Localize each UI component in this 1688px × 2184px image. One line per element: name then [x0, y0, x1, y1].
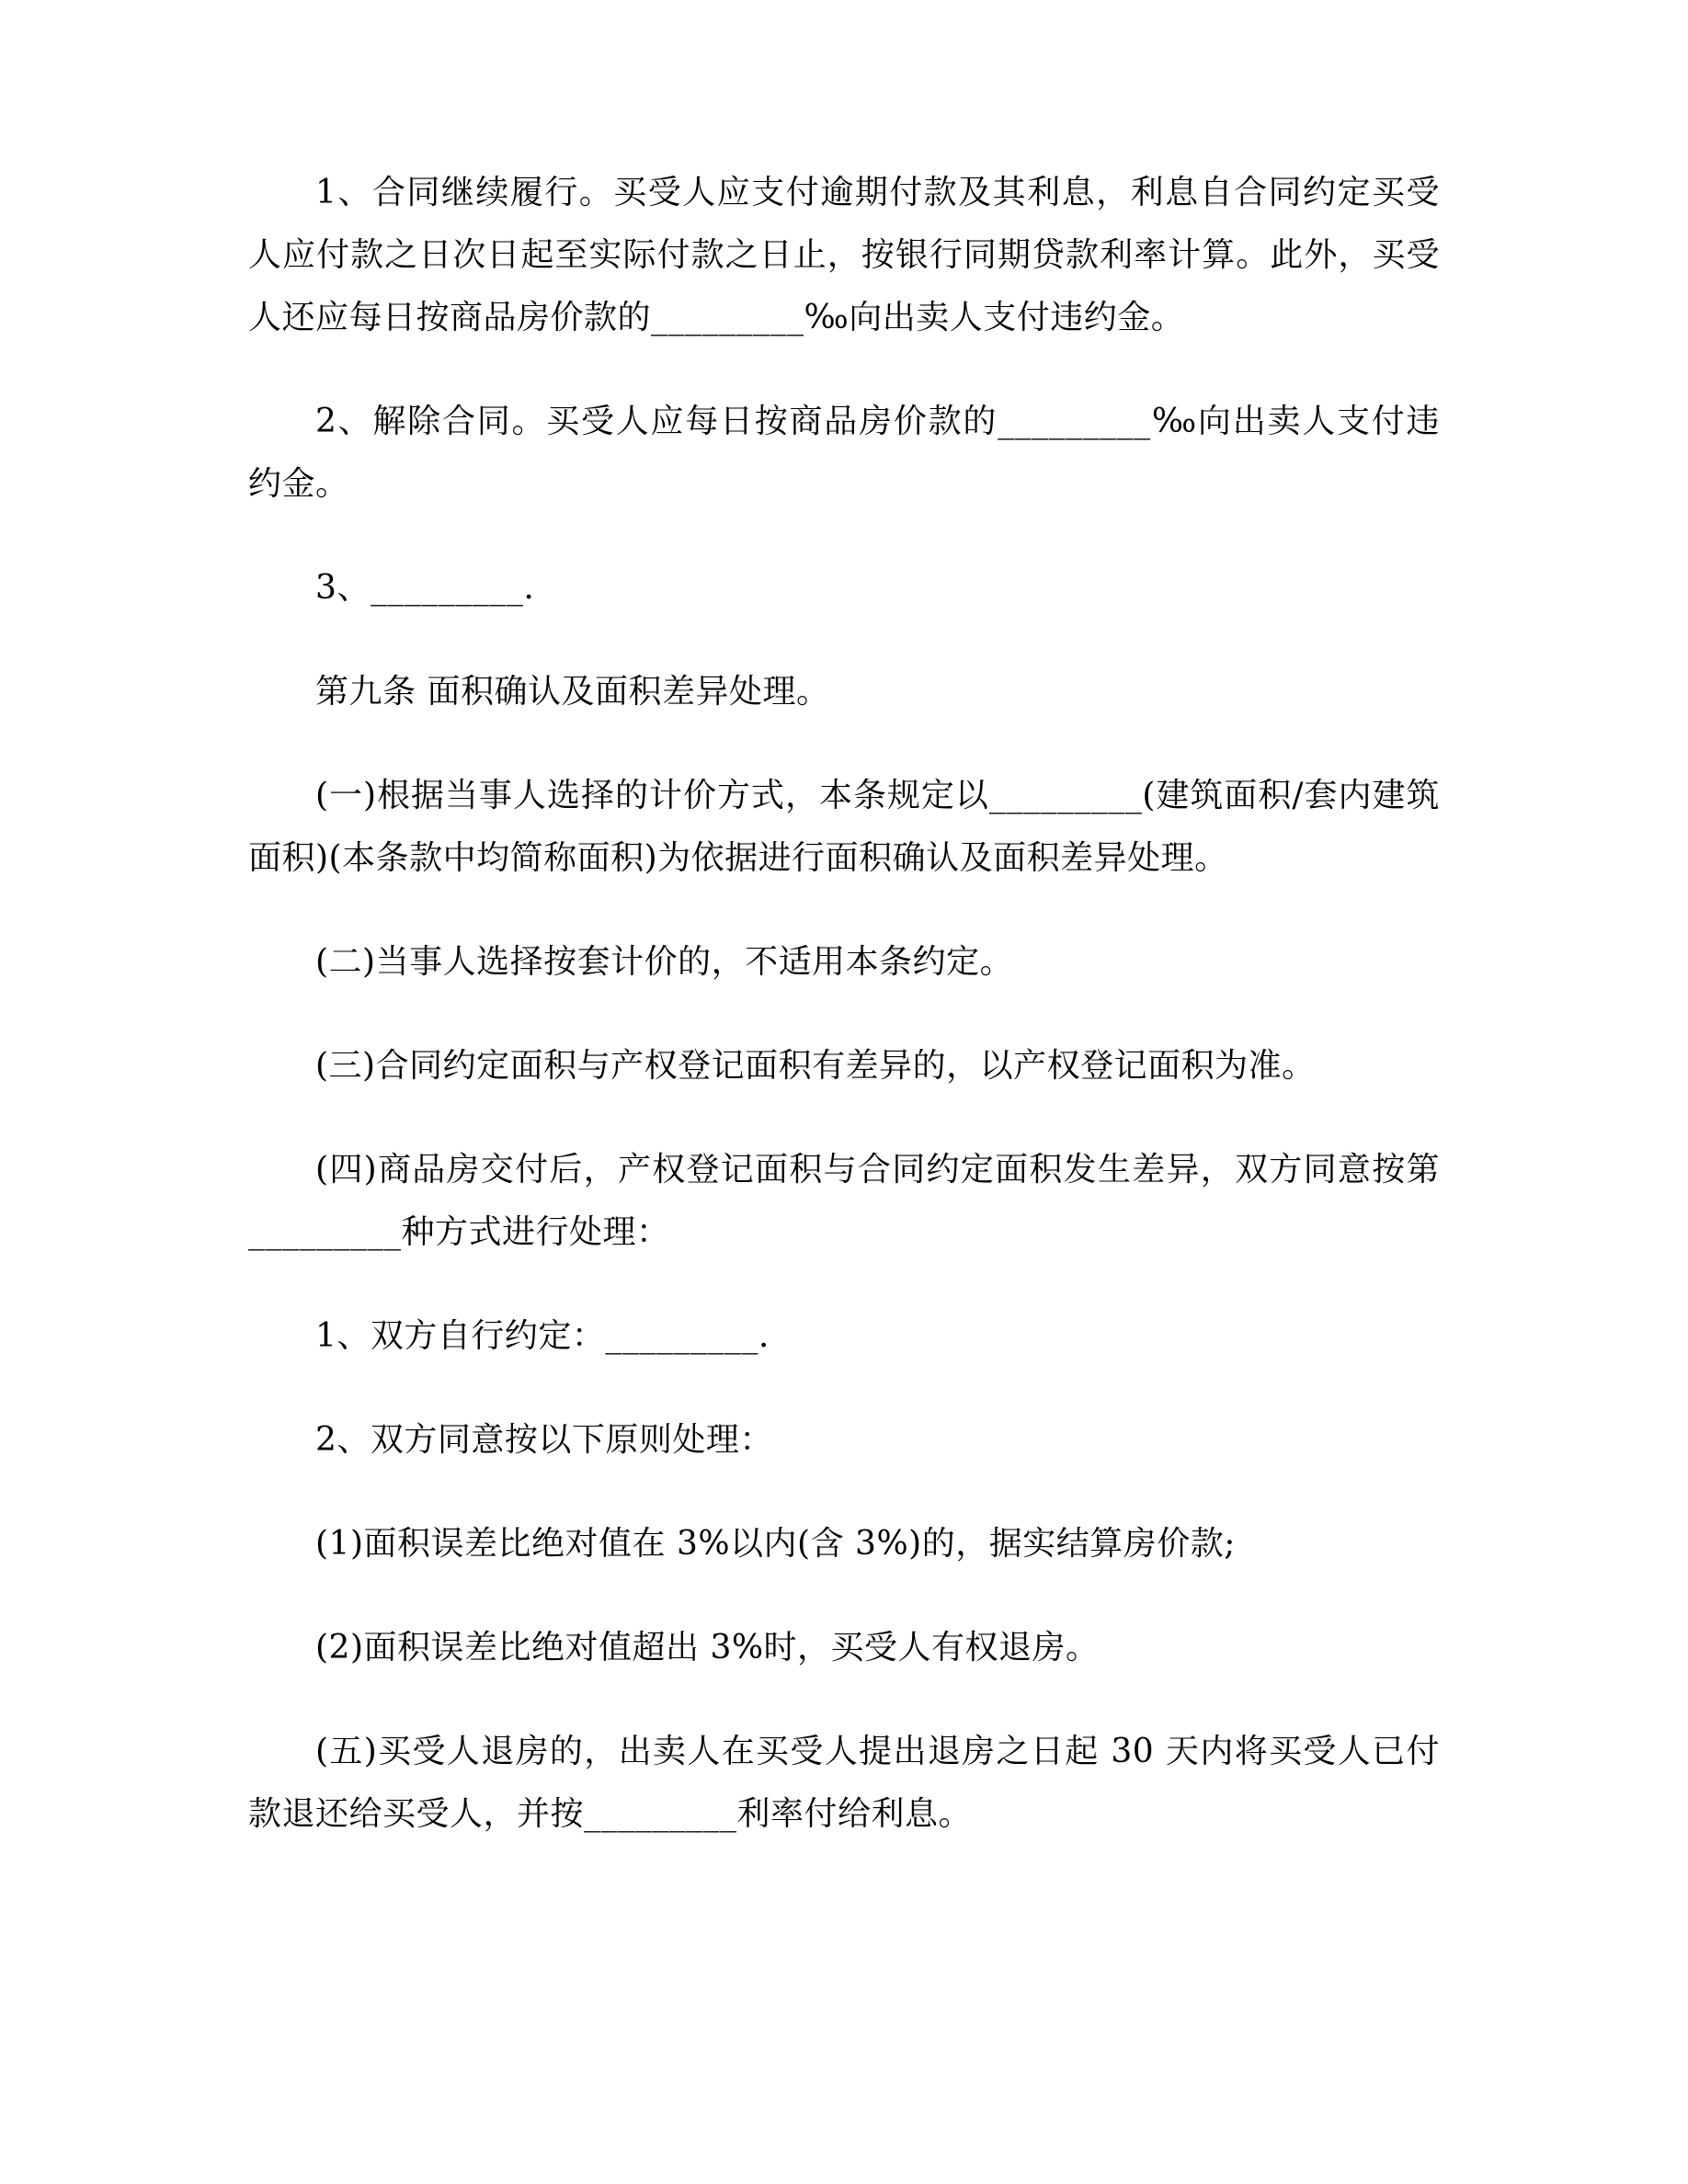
item-4-option-1: 1、双方自行约定：_________.	[248, 1305, 1440, 1368]
clause-3-blank: 3、_________.	[248, 557, 1440, 620]
document-page: 1、合同继续履行。买受人应支付逾期付款及其利息，利息自合同约定买受人应付款之日次…	[0, 0, 1688, 2184]
article-9-item-3: (三)合同约定面积与产权登记面积有差异的，以产权登记面积为准。	[248, 1035, 1440, 1098]
item-4-option-2: 2、双方同意按以下原则处理：	[248, 1409, 1440, 1472]
option-2-principle-2: (2)面积误差比绝对值超出 3%时，买受人有权退房。	[248, 1617, 1440, 1679]
option-2-principle-1: (1)面积误差比绝对值在 3%以内(含 3%)的，据实结算房价款;	[248, 1513, 1440, 1575]
article-9-item-1: (一)根据当事人选择的计价方式，本条规定以_________(建筑面积/套内建筑…	[248, 765, 1440, 890]
clause-1-continue-performance: 1、合同继续履行。买受人应支付逾期付款及其利息，利息自合同约定买受人应付款之日次…	[248, 162, 1440, 349]
contract-text-block: 1、合同继续履行。买受人应支付逾期付款及其利息，利息自合同约定买受人应付款之日次…	[248, 162, 1440, 1846]
article-9-item-5: (五)买受人退房的，出卖人在买受人提出退房之日起 30 天内将买受人已付款退还给…	[248, 1721, 1440, 1846]
article-9-item-2: (二)当事人选择按套计价的，不适用本条约定。	[248, 931, 1440, 994]
clause-2-terminate-contract: 2、解除合同。买受人应每日按商品房价款的_________‰向出卖人支付违约金。	[248, 391, 1440, 516]
article-9-item-4: (四)商品房交付后，产权登记面积与合同约定面积发生差异，双方同意按第______…	[248, 1139, 1440, 1264]
article-9-title: 第九条 面积确认及面积差异处理。	[248, 661, 1440, 723]
